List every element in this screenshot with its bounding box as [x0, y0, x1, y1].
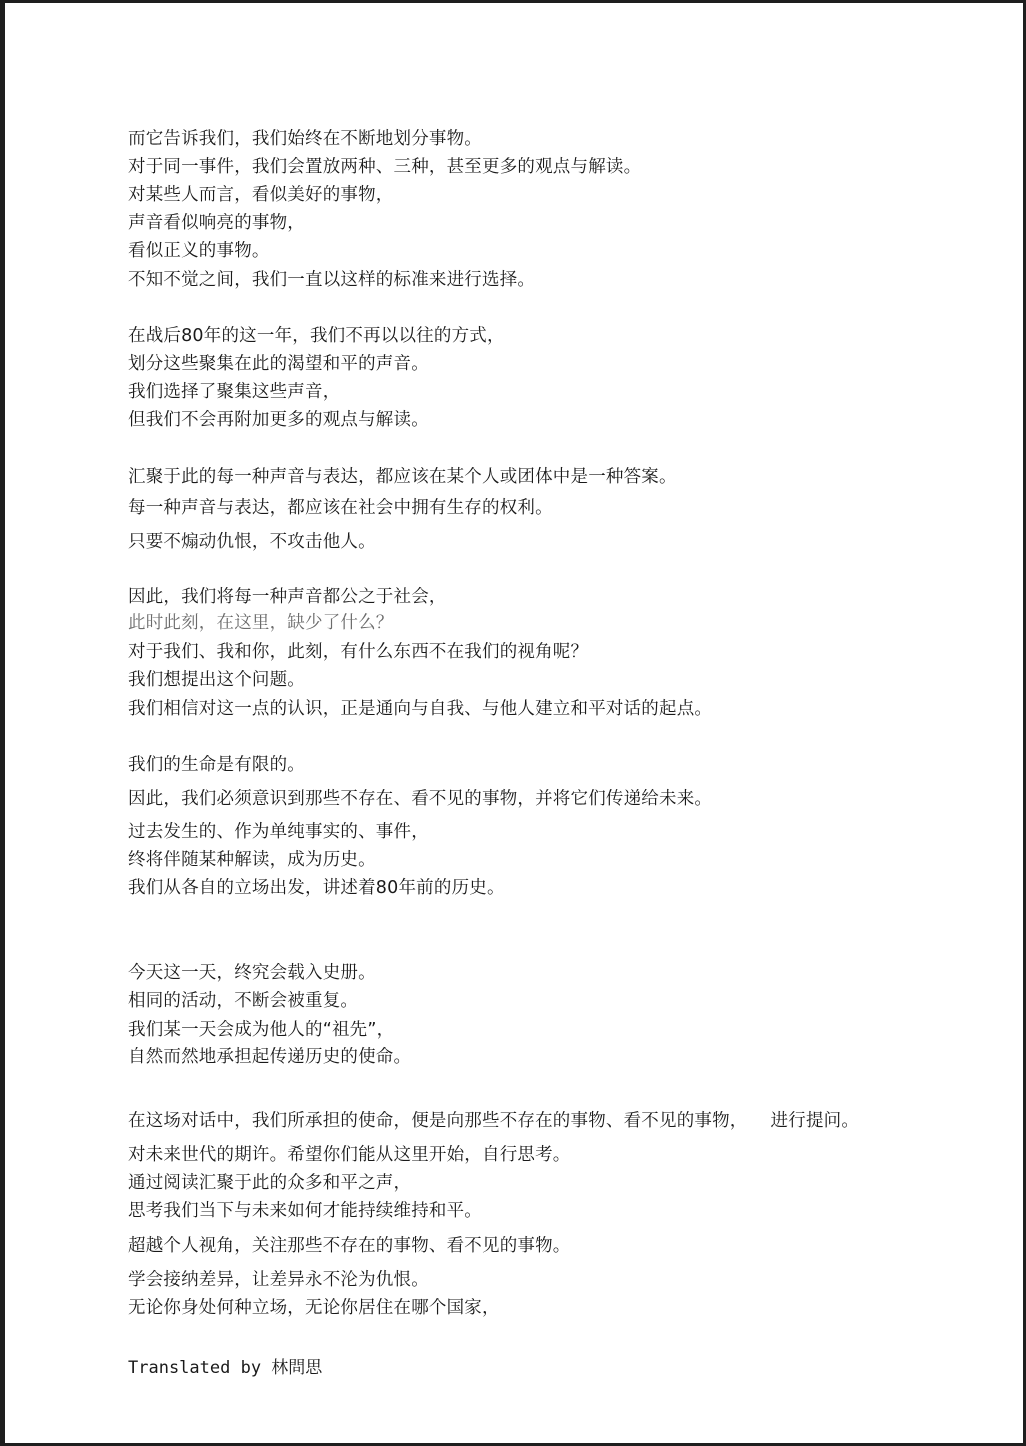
text-line: 而它告诉我们，我们始终在不断地划分事物。 [128, 128, 482, 150]
text-line: 我们相信对这一点的认识，正是通向与自我、与他人建立和平对话的起点。 [128, 698, 712, 720]
text-line: 通过阅读汇聚于此的众多和平之声， [128, 1172, 411, 1194]
text-line: 在这场对话中，我们所承担的使命，便是向那些不存在的事物、看不见的事物， 进行提问… [128, 1110, 859, 1132]
text-line: 思考我们当下与未来如何才能持续维持和平。 [128, 1200, 482, 1222]
text-line: 今天这一天，终究会载入史册。 [128, 962, 376, 984]
text-line: 我们的生命是有限的。 [128, 754, 305, 776]
text-line: 只要不煽动仇恨，不攻击他人。 [128, 531, 376, 553]
text-line: 对于同一事件，我们会置放两种、三种，甚至更多的观点与解读。 [128, 156, 641, 178]
text-line: 相同的活动，不断会被重复。 [128, 990, 358, 1012]
text-line: 我们想提出这个问题。 [128, 669, 305, 691]
text-line: 学会接纳差异，让差异永不沦为仇恨。 [128, 1269, 429, 1291]
text-line: 划分这些聚集在此的渴望和平的声音。 [128, 353, 429, 375]
text-line: 对某些人而言，看似美好的事物， [128, 184, 394, 206]
text-line: 汇聚于此的每一种声音与表达，都应该在某个人或团体中是一种答案。 [128, 466, 677, 488]
text-line: 因此，我们将每一种声音都公之于社会， [128, 586, 447, 608]
text-line: 无论你身处何种立场，无论你居住在哪个国家， [128, 1297, 500, 1319]
text-line: 我们选择了聚集这些声音， [128, 381, 340, 403]
text-line: 看似正义的事物。 [128, 240, 270, 262]
text-line: 终将伴随某种解读，成为历史。 [128, 849, 376, 871]
text-line: 超越个人视角，关注那些不存在的事物、看不见的事物。 [128, 1235, 571, 1257]
document-page: 而它告诉我们，我们始终在不断地划分事物。 对于同一事件，我们会置放两种、三种，甚… [5, 3, 1023, 1443]
text-line: 对于我们、我和你，此刻，有什么东西不在我们的视角呢？ [128, 641, 588, 663]
text-line: 不知不觉之间，我们一直以这样的标准来进行选择。 [128, 269, 535, 291]
text-line: 自然而然地承担起传递历史的使命。 [128, 1046, 411, 1068]
text-line: 过去发生的、作为单纯事实的、事件， [128, 821, 429, 843]
text-line: 声音看似响亮的事物， [128, 212, 305, 234]
text-line: 但我们不会再附加更多的观点与解读。 [128, 409, 429, 431]
text-line: 因此，我们必须意识到那些不存在、看不见的事物，并将它们传递给未来。 [128, 788, 712, 810]
text-line: 我们某一天会成为他人的“祖先”， [128, 1019, 394, 1041]
translator-credit: Translated by 林問思 [128, 1357, 322, 1379]
text-line: 我们从各自的立场出发，讲述着80年前的历史。 [128, 877, 505, 899]
text-line-muted: 此时此刻，在这里，缺少了什么？ [128, 612, 394, 634]
text-line: 对未来世代的期许。希望你们能从这里开始，自行思考。 [128, 1144, 571, 1166]
text-line: 每一种声音与表达，都应该在社会中拥有生存的权利。 [128, 497, 553, 519]
text-line: 在战后80年的这一年，我们不再以以往的方式， [128, 325, 505, 347]
